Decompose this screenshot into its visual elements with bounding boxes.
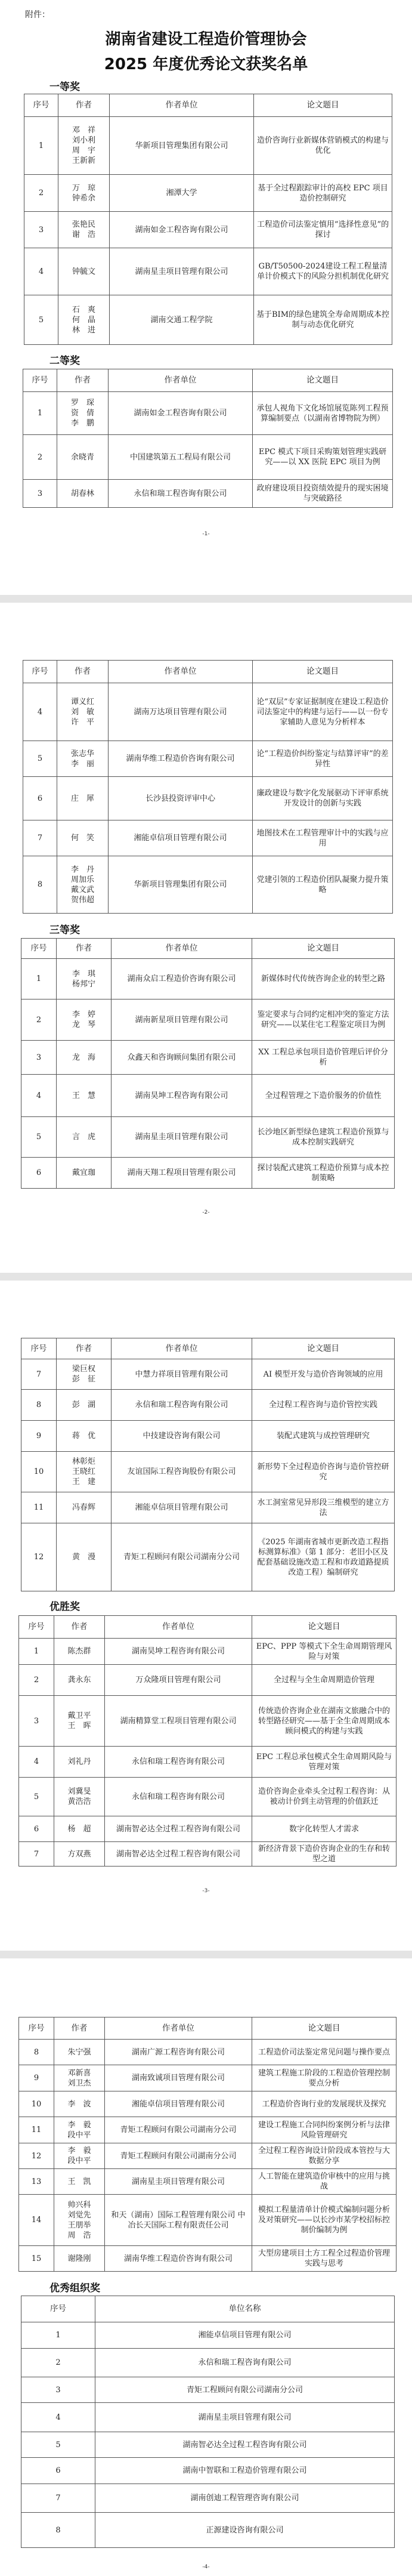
author-name: 戴卫平 xyxy=(57,1711,102,1721)
row-unit: 友谊国际工程咨询股份有限公司 xyxy=(111,1452,252,1492)
header-seq: 序号 xyxy=(19,1616,54,1639)
section-heading-organization-award: 优秀组织奖 xyxy=(49,2279,100,2294)
author-name: 张志华 xyxy=(60,749,106,759)
author-name: 龚永东 xyxy=(57,1675,102,1685)
section-heading-merit-prize: 优胜奖 xyxy=(49,1598,80,1613)
row-authors: 李 琪杨邦宁 xyxy=(57,959,111,999)
row-paper-title: 全过程管理之下造价服务的价值性 xyxy=(252,1075,395,1117)
first-prize-table: 序号作者作者单位论文题目1邓 祥刘小利周 宇王新新华新项目管理集团有限公司造价咨… xyxy=(24,94,392,345)
author-name: 王 晖 xyxy=(57,1721,102,1731)
table-row: 5言 虎湖南星圭项目管理有限公司长沙地区新型绿色建筑工程造价预算与成本控制实践研… xyxy=(21,1117,395,1158)
row-paper-title: 装配式建筑与成控管理研究 xyxy=(252,1421,395,1452)
header-author: 作者 xyxy=(54,2017,105,2040)
table-row: 4刘礼丹永信和瑞工程咨询有限公司EPC 工程总承包模式全生命周期风险与管理对策 xyxy=(19,1747,396,1778)
section-heading-first-prize: 一等奖 xyxy=(49,78,80,93)
row-unit: 湖南广源工程咨询有限公司 xyxy=(105,2040,252,2065)
author-name: 帅兴科 xyxy=(57,2200,102,2210)
row-authors: 龚永东 xyxy=(54,1665,105,1696)
row-authors: 张志华李 丽 xyxy=(57,741,109,777)
row-unit: 华新项目管理集团有限公司 xyxy=(110,117,254,175)
author-name: 冯春辉 xyxy=(59,1503,109,1513)
table-row: 6杨 超湖南智必达全过程工程咨询有限公司数字化转型人才需求 xyxy=(19,1816,396,1842)
row-unit: 中技建设咨询有限公司 xyxy=(111,1421,252,1452)
author-name: 林彰炬 xyxy=(59,1457,109,1467)
header-seq: 序号 xyxy=(23,661,57,683)
row-seq: 3 xyxy=(24,212,58,248)
row-authors: 万 琼钟希余 xyxy=(58,175,110,212)
row-paper-title: 大型房建项目土方工程全过程造价管理实践与思考 xyxy=(252,2246,396,2272)
header-author: 作者 xyxy=(58,94,110,117)
row-authors: 戴宜珈 xyxy=(57,1158,111,1189)
table-row: 5湖南智必达全过程工程咨询有限公司 xyxy=(21,2432,395,2458)
row-unit: 湘能卓信项目管理有限公司 xyxy=(109,820,253,856)
row-paper-title: 造价咨询行业新媒体营销模式的构建与优化 xyxy=(254,117,392,175)
row-seq: 1 xyxy=(21,959,57,999)
table-row: 6湖南中智联和工程造价管理有限公司 xyxy=(21,2458,395,2484)
author-name: 谢隆刚 xyxy=(57,2254,102,2264)
header-author: 作者 xyxy=(54,1616,105,1639)
row-paper-title: EPC 模式下项目采购策划管理实践研究——以 XX 医院 EPC 项目为例 xyxy=(253,435,393,480)
author-name: 刘冀旻 xyxy=(57,1787,102,1797)
row-unit-name: 湖南智必达全过程工程咨询有限公司 xyxy=(95,2432,395,2458)
row-unit: 湖南众启工程造价咨询有限公司 xyxy=(111,959,252,999)
table-header-row: 序号作者作者单位论文题目 xyxy=(21,1338,395,1359)
header-seq: 序号 xyxy=(21,1338,57,1359)
row-authors: 谢隆刚 xyxy=(54,2246,105,2272)
row-seq: 7 xyxy=(21,1359,57,1390)
section-heading-third-prize: 三等奖 xyxy=(49,921,80,936)
author-name: 王朋举 xyxy=(57,2220,102,2231)
row-unit: 湖南华维工程造价咨询有限公司 xyxy=(105,2246,252,2272)
table-row: 2余晓青中国建筑第五工程局有限公司EPC 模式下项目采购策划管理实践研究——以 … xyxy=(23,435,393,480)
third-prize-table: 序号作者作者单位论文题目1李 琪杨邦宁湖南众启工程造价咨询有限公司新媒体时代传统… xyxy=(21,938,395,1189)
author-name: 方双燕 xyxy=(57,1849,102,1859)
row-unit: 湖南星圭项目管理有限公司 xyxy=(111,1117,252,1158)
third-prize-table-continued: 序号作者作者单位论文题目7梁巨权彭 征中慧力祥项目管理有限公司AI 模型开发与造… xyxy=(21,1338,395,1591)
row-seq: 2 xyxy=(19,1665,54,1696)
table-header-row: 序号作者作者单位论文题目 xyxy=(23,661,393,683)
row-seq: 14 xyxy=(19,2195,54,2246)
row-unit: 湖南智必达全过程工程咨询有限公司 xyxy=(105,1842,252,1867)
row-seq: 2 xyxy=(21,999,57,1041)
row-seq: 6 xyxy=(21,1158,57,1189)
row-seq: 3 xyxy=(19,1696,54,1747)
row-authors: 冯春辉 xyxy=(57,1492,111,1523)
row-authors: 戴卫平王 晖 xyxy=(54,1696,105,1747)
row-seq: 8 xyxy=(23,856,57,914)
author-name: 彭 湖 xyxy=(59,1400,109,1410)
row-authors: 邓新喜刘卫杰 xyxy=(54,2065,105,2091)
page-separator xyxy=(0,1273,412,1281)
row-paper-title: 全过程工程咨询设计阶段成本管控与大数据分享 xyxy=(252,2143,396,2169)
row-seq: 9 xyxy=(21,1421,57,1452)
row-seq: 9 xyxy=(19,2065,54,2091)
author-name: 彭 征 xyxy=(59,1374,109,1384)
author-name: 万 琼 xyxy=(61,183,107,193)
row-authors: 何 笑 xyxy=(57,820,109,856)
row-authors: 王 慧 xyxy=(57,1075,111,1117)
row-seq: 5 xyxy=(23,741,57,777)
table-row: 10李 波湘能卓信项目管理有限公司工程造价咨询行业的发展现状及探究 xyxy=(19,2091,396,2117)
row-unit-name: 湖南中智联和工程造价管理有限公司 xyxy=(95,2458,395,2484)
row-unit: 湘能卓信项目管理有限公司 xyxy=(111,1492,252,1523)
row-paper-title: 新经济背景下造价咨询企业的生存和转型之道 xyxy=(252,1842,396,1867)
document-title-line1: 湖南省建设工程造价管理协会 xyxy=(0,27,412,51)
merit-prize-table-continued: 序号作者作者单位论文题目8朱宁强湖南广源工程咨询有限公司工程造价司法鉴定常见问题… xyxy=(18,2017,396,2272)
document-title-line2: 2025 年度优秀论文获奖名单 xyxy=(0,53,412,76)
author-name: 刘小利 xyxy=(61,135,107,146)
row-seq: 10 xyxy=(21,1452,57,1492)
row-seq: 3 xyxy=(23,480,57,508)
table-row: 4谭义红刘 敏许 平湖南万达项目管理有限公司论“双层”专家证据制度在建设工程造价… xyxy=(23,683,393,741)
header-paper: 论文题目 xyxy=(252,2017,396,2040)
table-row: 1罗 琛资 倩李 鹏湖南如金工程咨询有限公司承包人视角下文化场馆展览陈列工程预算… xyxy=(23,392,393,435)
table-row: 8正源建设咨询有限公司 xyxy=(21,2513,395,2548)
table-row: 2李 婷龙 琴湖南新星项目管理有限公司鉴定要求与合同约定相冲突的鉴定方法研究——… xyxy=(21,999,395,1041)
row-seq: 4 xyxy=(21,2403,95,2432)
row-seq: 7 xyxy=(21,2484,95,2513)
attachment-label: 附件： xyxy=(25,8,50,20)
author-name: 龙 海 xyxy=(59,1053,109,1063)
row-authors: 蒋 优 xyxy=(57,1421,111,1452)
row-seq: 4 xyxy=(24,248,58,295)
row-authors: 陈杰群 xyxy=(54,1639,105,1665)
organization-award-table: 序号单位名称1湘能卓信项目管理有限公司2永信和瑞工程咨询有限公司3青矩工程顾问有… xyxy=(21,2296,395,2548)
row-seq: 13 xyxy=(19,2169,54,2195)
table-row: 13王 凯湖南星圭项目管理有限公司人工智能在建筑造价审核中的应用与挑战 xyxy=(19,2169,396,2195)
row-unit: 中国建筑第五工程局有限公司 xyxy=(109,435,253,480)
table-row: 2永信和瑞工程咨询有限公司 xyxy=(21,2349,395,2377)
author-name: 张艳民 xyxy=(61,220,107,230)
row-unit: 青矩工程顾问有限公司湖南分公司 xyxy=(111,1523,252,1591)
row-paper-title: 人工智能在建筑造价审核中的应用与挑战 xyxy=(252,2169,396,2195)
merit-prize-table: 序号作者作者单位论文题目1陈杰群湖南昊坤工程咨询有限公司EPC、PPP 等模式下… xyxy=(18,1615,396,1867)
table-row: 9邓新喜刘卫杰湖南致诚项目管理有限公司建筑工程施工阶段的工程造价管理控制要点分析 xyxy=(19,2065,396,2091)
header-paper: 论文题目 xyxy=(252,1338,395,1359)
row-paper-title: 长沙地区新型绿色建筑工程造价预算与成本控制实践研究 xyxy=(252,1117,395,1158)
author-name: 周 浩 xyxy=(57,2231,102,2241)
row-unit: 湖南致诚项目管理有限公司 xyxy=(105,2065,252,2091)
row-authors: 王 凯 xyxy=(54,2169,105,2195)
row-authors: 谭义红刘 敏许 平 xyxy=(57,683,109,741)
row-paper-title: 《2025 年湖南省城市更新改造工程指标测算标准》（第 1 部分：老旧小区及配套… xyxy=(252,1523,395,1591)
row-seq: 4 xyxy=(21,1075,57,1117)
row-authors: 余晓青 xyxy=(57,435,109,480)
row-unit: 众鑫天和咨询顾问集团有限公司 xyxy=(111,1041,252,1075)
author-name: 李 鹏 xyxy=(60,418,106,428)
table-row: 11冯春辉湘能卓信项目管理有限公司水工洞室常见异形段三维模型的建立方法 xyxy=(21,1492,395,1523)
row-seq: 15 xyxy=(19,2246,54,2272)
row-seq: 5 xyxy=(19,1778,54,1816)
row-unit: 湘潭大学 xyxy=(110,175,254,212)
table-row: 11李 毅段中平青矩工程顾问有限公司湖南分公司建设工程施工合同纠纷案例分析与法律… xyxy=(19,2117,396,2143)
author-name: 邓 祥 xyxy=(61,125,107,135)
table-row: 10林彰炬王晓红王 建友谊国际工程咨询股份有限公司新形势下全过程造价咨询与造价管… xyxy=(21,1452,395,1492)
table-row: 7湖南创迪工程管理咨询有限公司 xyxy=(21,2484,395,2513)
row-unit-name: 正源建设咨询有限公司 xyxy=(95,2513,395,2548)
row-paper-title: 基于全过程跟踪审计的高校 EPC 项目造价控制研究 xyxy=(254,175,392,212)
table-header-row: 序号作者作者单位论文题目 xyxy=(21,939,395,959)
row-seq: 3 xyxy=(21,1041,57,1075)
table-row: 12李 毅段中平青矩工程顾问有限公司湖南分公司全过程工程咨询设计阶段成本管控与大… xyxy=(19,2143,396,2169)
row-seq: 2 xyxy=(23,435,57,480)
header-seq: 序号 xyxy=(21,2296,95,2322)
row-unit: 湖南万达项目管理有限公司 xyxy=(109,683,253,741)
row-seq: 12 xyxy=(21,1523,57,1591)
table-row: 7何 笑湘能卓信项目管理有限公司地图技术在工程管理审计中的实践与应用 xyxy=(23,820,393,856)
author-name: 王 建 xyxy=(59,1477,109,1487)
author-name: 黄浩浩 xyxy=(57,1797,102,1807)
author-name: 李 毅 xyxy=(57,2120,102,2130)
header-author: 作者 xyxy=(57,661,109,683)
row-paper-title: 承包人视角下文化场馆展览陈列工程预算编制要点（以湖南省博物院为例） xyxy=(253,392,393,435)
row-authors: 梁巨权彭 征 xyxy=(57,1359,111,1390)
header-unit: 作者单位 xyxy=(109,661,253,683)
table-row: 1李 琪杨邦宁湖南众启工程造价咨询有限公司新媒体时代传统咨询企业的转型之路 xyxy=(21,959,395,999)
row-paper-title: 党建引领的工程造价团队凝聚力提升策略 xyxy=(253,856,393,914)
row-seq: 7 xyxy=(19,1842,54,1867)
table-header-row: 序号作者作者单位论文题目 xyxy=(23,369,393,392)
row-paper-title: 建设工程施工合同纠纷案例分析与法律风险管理研究 xyxy=(252,2117,396,2143)
table-row: 8彭 湖永信和瑞工程咨询有限公司全过程工程咨询与造价管控实践 xyxy=(21,1390,395,1421)
table-row: 3张艳民谢 浩湖南如金工程咨询有限公司工程造价司法鉴定慎用“选择性意见”的探讨 xyxy=(24,212,392,248)
table-row: 8朱宁强湖南广源工程咨询有限公司工程造价司法鉴定常见问题与操作要点 xyxy=(19,2040,396,2065)
table-row: 3胡春林永信和瑞工程咨询有限公司政府建设项目投资绩效提升的现实困境与突破路径 xyxy=(23,480,393,508)
table-row: 5石 爽何 晶林 进湖南交通工程学院基于BIM的绿色建筑全寿命周期成本控制与动态… xyxy=(24,295,392,345)
row-authors: 李 丹周加乐戴文武贺伟超 xyxy=(57,856,109,914)
row-authors: 李 波 xyxy=(54,2091,105,2117)
page-number: -1- xyxy=(0,531,412,537)
row-authors: 彭 湖 xyxy=(57,1390,111,1421)
table-row: 7梁巨权彭 征中慧力祥项目管理有限公司AI 模型开发与造价咨询领域的应用 xyxy=(21,1359,395,1390)
row-unit: 湖南新星项目管理有限公司 xyxy=(111,999,252,1041)
row-unit: 湖南如金工程咨询有限公司 xyxy=(110,212,254,248)
section-heading-second-prize: 二等奖 xyxy=(49,352,80,367)
table-row: 6庄 犀长沙县投资评审中心廉政建设与数字化发展驱动下评审系统开发设计的创新与实践 xyxy=(23,777,393,820)
row-paper-title: XX 工程总承包项目造价管理后评价分析 xyxy=(252,1041,395,1075)
row-authors: 李 毅段中平 xyxy=(54,2143,105,2169)
row-authors: 罗 琛资 倩李 鹏 xyxy=(57,392,109,435)
author-name: 戴宜珈 xyxy=(59,1168,109,1178)
table-header-row: 序号单位名称 xyxy=(21,2296,395,2322)
row-unit: 永信和瑞工程咨询有限公司 xyxy=(105,1747,252,1778)
author-name: 庄 犀 xyxy=(60,794,106,804)
row-unit-name: 湘能卓信项目管理有限公司 xyxy=(95,2322,395,2349)
table-row: 1邓 祥刘小利周 宇王新新华新项目管理集团有限公司造价咨询行业新媒体营销模式的构… xyxy=(24,117,392,175)
row-authors: 言 虎 xyxy=(57,1117,111,1158)
row-unit: 永信和瑞工程咨询有限公司 xyxy=(105,1778,252,1816)
row-unit: 长沙县投资评审中心 xyxy=(109,777,253,820)
table-row: 3戴卫平王 晖湖南精算堂工程项目管理有限公司传统造价咨询企业在湖南文旅融合中的转… xyxy=(19,1696,396,1747)
header-paper: 论文题目 xyxy=(252,1616,396,1639)
author-name: 何 晶 xyxy=(61,315,107,325)
row-authors: 刘礼丹 xyxy=(54,1747,105,1778)
author-name: 李 波 xyxy=(57,2099,102,2109)
author-name: 资 倩 xyxy=(60,408,106,418)
row-paper-title: 工程造价司法鉴定慎用“选择性意见”的探讨 xyxy=(254,212,392,248)
row-seq: 11 xyxy=(19,2117,54,2143)
row-unit: 湖南交通工程学院 xyxy=(110,295,254,345)
row-paper-title: 全过程工程咨询与造价管控实践 xyxy=(252,1390,395,1421)
row-seq: 1 xyxy=(19,1639,54,1665)
table-row: 14帅兴科刘觉先王朋举周 浩和天（湖南）国际工程管理有限公司 中冶长天国际工程有… xyxy=(19,2195,396,2246)
row-unit-name: 青矩工程顾问有限公司湖南分公司 xyxy=(95,2377,395,2403)
row-unit-name: 湖南创迪工程管理咨询有限公司 xyxy=(95,2484,395,2513)
row-paper-title: 工程造价司法鉴定常见问题与操作要点 xyxy=(252,2040,396,2065)
header-unit: 作者单位 xyxy=(105,2017,252,2040)
row-paper-title: 全过程与全生命周期造价管理 xyxy=(252,1665,396,1696)
second-prize-table-continued: 序号作者作者单位论文题目4谭义红刘 敏许 平湖南万达项目管理有限公司论“双层”专… xyxy=(23,660,393,914)
author-name: 王 凯 xyxy=(57,2177,102,2187)
row-seq: 4 xyxy=(19,1747,54,1778)
row-paper-title: 政府建设项目投资绩效提升的现实困境与突破路径 xyxy=(253,480,393,508)
table-header-row: 序号作者作者单位论文题目 xyxy=(19,2017,396,2040)
row-authors: 庄 犀 xyxy=(57,777,109,820)
author-name: 李 丹 xyxy=(60,865,106,875)
author-name: 石 爽 xyxy=(61,305,107,315)
author-name: 周加乐 xyxy=(60,875,106,885)
row-paper-title: 基于BIM的绿色建筑全寿命周期成本控制与动态优化研究 xyxy=(254,295,392,345)
author-name: 刘卫杰 xyxy=(57,2078,102,2088)
row-unit: 湖南华维工程造价咨询有限公司 xyxy=(109,741,253,777)
header-paper: 论文题目 xyxy=(252,939,395,959)
table-row: 9蒋 优中技建设咨询有限公司装配式建筑与成控管理研究 xyxy=(21,1421,395,1452)
row-unit: 中慧力祥项目管理有限公司 xyxy=(111,1359,252,1390)
author-name: 李 琪 xyxy=(59,969,109,979)
author-name: 段中平 xyxy=(57,2130,102,2140)
row-seq: 2 xyxy=(24,175,58,212)
table-row: 3青矩工程顾问有限公司湖南分公司 xyxy=(21,2377,395,2403)
header-author: 作者 xyxy=(57,939,111,959)
row-seq: 4 xyxy=(23,683,57,741)
page-number: -2- xyxy=(0,1210,412,1215)
page-number: -4- xyxy=(0,2564,412,2570)
table-row: 2万 琼钟希余湘潭大学基于全过程跟踪审计的高校 EPC 项目造价控制研究 xyxy=(24,175,392,212)
table-row: 8李 丹周加乐戴文武贺伟超华新项目管理集团有限公司党建引领的工程造价团队凝聚力提… xyxy=(23,856,393,914)
row-unit: 永信和瑞工程咨询有限公司 xyxy=(109,480,253,508)
page-separator xyxy=(0,1951,412,1958)
row-paper-title: 模拟工程量清单计价模式编制问题分析及对策研究——以长沙市某学校招标控制价编制为例 xyxy=(252,2195,396,2246)
row-paper-title: EPC 工程总承包模式全生命周期风险与管理对策 xyxy=(252,1747,396,1778)
author-name: 周 宇 xyxy=(61,146,107,156)
row-seq: 12 xyxy=(19,2143,54,2169)
row-unit: 湘能卓信项目管理有限公司 xyxy=(105,2091,252,2117)
table-header-row: 序号作者作者单位论文题目 xyxy=(19,1616,396,1639)
row-authors: 张艳民谢 浩 xyxy=(58,212,110,248)
row-paper-title: 探讨装配式建筑工程造价预算与成本控制策略 xyxy=(252,1158,395,1189)
author-name: 胡春林 xyxy=(60,489,106,499)
row-seq: 6 xyxy=(19,1816,54,1842)
author-name: 段中平 xyxy=(57,2156,102,2166)
table-row: 15谢隆刚湖南华维工程造价咨询有限公司大型房建项目土方工程全过程造价管理实践与思… xyxy=(19,2246,396,2272)
row-seq: 8 xyxy=(21,1390,57,1421)
author-name: 蒋 优 xyxy=(59,1431,109,1441)
author-name: 许 平 xyxy=(60,717,106,727)
author-name: 钟希余 xyxy=(61,193,107,203)
header-seq: 序号 xyxy=(24,94,58,117)
author-name: 言 虎 xyxy=(59,1132,109,1142)
row-seq: 1 xyxy=(24,117,58,175)
row-authors: 石 爽何 晶林 进 xyxy=(58,295,110,345)
row-seq: 7 xyxy=(23,820,57,856)
row-seq: 8 xyxy=(21,2513,95,2548)
author-name: 王新新 xyxy=(61,156,107,166)
table-row: 5刘冀旻黄浩浩永信和瑞工程咨询有限公司造价咨询企业牵头全过程工程咨询：从被动计价… xyxy=(19,1778,396,1816)
table-row: 1湘能卓信项目管理有限公司 xyxy=(21,2322,395,2349)
header-unit: 作者单位 xyxy=(105,1616,252,1639)
row-authors: 邓 祥刘小利周 宇王新新 xyxy=(58,117,110,175)
author-name: 李 毅 xyxy=(57,2146,102,2156)
author-name: 戴文武 xyxy=(60,885,106,895)
author-name: 王 慧 xyxy=(59,1091,109,1101)
row-paper-title: 新媒体时代传统咨询企业的转型之路 xyxy=(252,959,395,999)
row-unit: 万众隆项目管理有限公司 xyxy=(105,1665,252,1696)
row-authors: 帅兴科刘觉先王朋举周 浩 xyxy=(54,2195,105,2246)
author-name: 王晓红 xyxy=(59,1467,109,1477)
row-unit: 湖南智必达全过程工程咨询有限公司 xyxy=(105,1816,252,1842)
header-unit: 作者单位 xyxy=(111,1338,252,1359)
header-unit: 作者单位 xyxy=(109,369,253,392)
row-authors: 刘冀旻黄浩浩 xyxy=(54,1778,105,1816)
header-author: 作者 xyxy=(57,369,109,392)
row-authors: 杨 超 xyxy=(54,1816,105,1842)
row-seq: 11 xyxy=(21,1492,57,1523)
author-name: 刘礼丹 xyxy=(57,1757,102,1767)
row-seq: 5 xyxy=(24,295,58,345)
author-name: 杨邦宁 xyxy=(59,979,109,989)
row-seq: 2 xyxy=(21,2349,95,2377)
row-paper-title: AI 模型开发与造价咨询领域的应用 xyxy=(252,1359,395,1390)
author-name: 龙 琴 xyxy=(59,1020,109,1030)
row-unit: 湖南昊坤工程咨询有限公司 xyxy=(111,1075,252,1117)
header-unit-name: 单位名称 xyxy=(95,2296,395,2322)
author-name: 李 丽 xyxy=(60,759,106,769)
author-name: 邓新喜 xyxy=(57,2068,102,2078)
row-paper-title: 数字化转型人才需求 xyxy=(252,1816,396,1842)
row-unit: 青矩工程顾问有限公司湖南分公司 xyxy=(105,2117,252,2143)
row-authors: 朱宁强 xyxy=(54,2040,105,2065)
row-paper-title: 造价咨询企业牵头全过程工程咨询：从被动计价到主动管理的价值跃迁 xyxy=(252,1778,396,1816)
row-authors: 李 毅段中平 xyxy=(54,2117,105,2143)
author-name: 朱宁强 xyxy=(57,2047,102,2057)
table-row: 5张志华李 丽湖南华维工程造价咨询有限公司论“工程造价纠纷鉴定与结算评审”的差异… xyxy=(23,741,393,777)
row-seq: 5 xyxy=(21,2432,95,2458)
row-authors: 钟毓文 xyxy=(58,248,110,295)
row-seq: 10 xyxy=(19,2091,54,2117)
row-unit: 湖南精算堂工程项目管理有限公司 xyxy=(105,1696,252,1747)
row-authors: 林彰炬王晓红王 建 xyxy=(57,1452,111,1492)
row-unit: 湖南天翔工程项目管理有限公司 xyxy=(111,1158,252,1189)
row-unit: 湖南昊坤工程咨询有限公司 xyxy=(105,1639,252,1665)
row-seq: 5 xyxy=(21,1117,57,1158)
row-paper-title: 新形势下全过程造价咨询与造价管控研究 xyxy=(252,1452,395,1492)
header-unit: 作者单位 xyxy=(111,939,252,959)
row-unit: 青矩工程顾问有限公司湖南分公司 xyxy=(105,2143,252,2169)
row-seq: 8 xyxy=(19,2040,54,2065)
header-seq: 序号 xyxy=(23,369,57,392)
author-name: 黄 漫 xyxy=(59,1552,109,1562)
table-row: 3龙 海众鑫天和咨询顾问集团有限公司XX 工程总承包项目造价管理后评价分析 xyxy=(21,1041,395,1075)
row-seq: 6 xyxy=(21,2458,95,2484)
author-name: 余晓青 xyxy=(60,452,106,462)
author-name: 罗 琛 xyxy=(60,398,106,408)
row-authors: 方双燕 xyxy=(54,1842,105,1867)
author-name: 杨 超 xyxy=(57,1824,102,1834)
row-seq: 1 xyxy=(23,392,57,435)
row-unit: 湖南星圭项目管理有限公司 xyxy=(105,2169,252,2195)
row-authors: 黄 漫 xyxy=(57,1523,111,1591)
row-paper-title: GB/T50500-2024建设工程工程量清单计价模式下的风险分担机制优化研究 xyxy=(254,248,392,295)
